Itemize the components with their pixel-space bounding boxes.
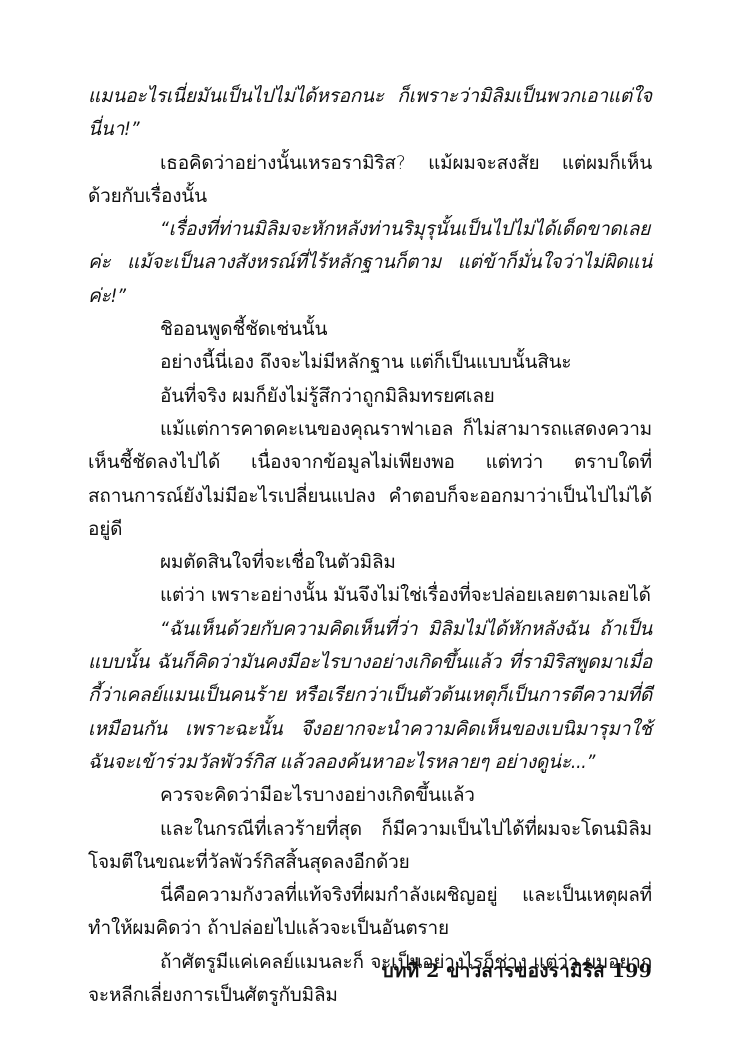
paragraph-narration: ผมตัดสินใจที่จะเชื่อในตัวมิลิม <box>88 546 652 579</box>
paragraph-dialogue: “เรื่องที่ท่านมิลิมจะหักหลังท่านริมุรุนั… <box>88 213 652 313</box>
chapter-label: บทที่ 2 <box>382 960 440 982</box>
paragraph-narration: อันที่จริง ผมก็ยังไม่รู้สึกว่าถูกมิลิมทร… <box>88 380 652 413</box>
page-body: แมนอะไรเนี่ยมันเป็นไปไม่ได้หรอกนะ ก็เพรา… <box>88 80 652 1012</box>
paragraph-narration: แต่ว่า เพราะอย่างนั้น มันจึงไม่ใช่เรื่อง… <box>88 579 652 612</box>
paragraph-narration: อย่างนี้นี่เอง ถึงจะไม่มีหลักฐาน แต่ก็เป… <box>88 346 652 379</box>
paragraph-dialogue: “ฉันเห็นด้วยกับความคิดเห็นที่ว่า มิลิมไม… <box>88 613 652 779</box>
paragraph-narration: เธอคิดว่าอย่างนั้นเหรอรามิริส? แม้ผมจะสง… <box>88 147 652 214</box>
paragraph-narration: ควรจะคิดว่ามีอะไรบางอย่างเกิดขึ้นแล้ว <box>88 779 652 812</box>
paragraph-narration: และในกรณีที่เลวร้ายที่สุด ก็มีความเป็นไป… <box>88 813 652 880</box>
page-number: 199 <box>612 960 652 982</box>
paragraph-narration: นี่คือความกังวลที่แท้จริงที่ผมกำลังเผชิญ… <box>88 879 652 946</box>
chapter-title: ข่าวสารของรามิริส <box>446 960 604 982</box>
paragraph-narration: ชิออนพูดชี้ชัดเช่นนั้น <box>88 313 652 346</box>
paragraph-narration: แม้แต่การคาดคะเนของคุณราฟาเอล ก็ไม่สามาร… <box>88 413 652 546</box>
running-footer: บทที่ 2 ข่าวสารของรามิริส 199 <box>382 956 652 986</box>
paragraph-dialogue: แมนอะไรเนี่ยมันเป็นไปไม่ได้หรอกนะ ก็เพรา… <box>88 80 652 147</box>
